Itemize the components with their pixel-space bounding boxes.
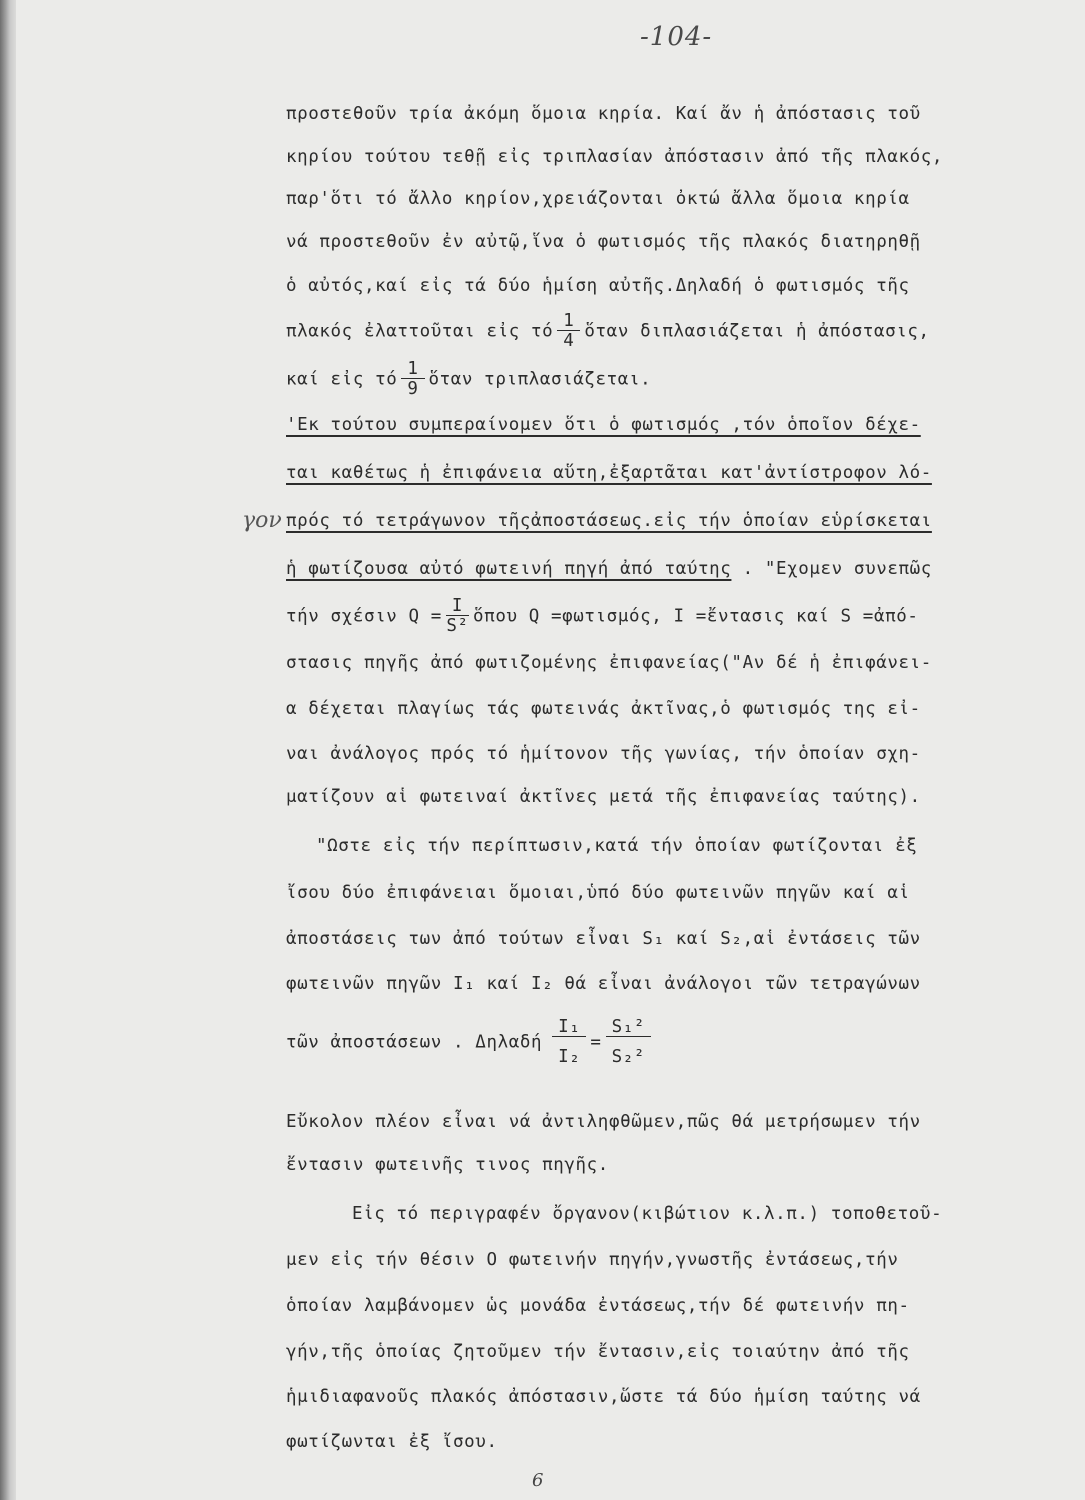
text-line-28: ἡμιδιαφανοῦς πλακός ἀπόστασιν,ὥστε τά δύ… [286,1387,921,1407]
text-line-18: ἴσου δύο ἐπιφάνειαι ὅμοιαι,ὑπό δύο φωτει… [286,883,910,903]
text-line-22: Εὔκολον πλέον εἶναι νά ἀντιληφθῶμεν,πῶς … [286,1112,921,1132]
equals-sign: = [590,1033,601,1053]
text-line-10: πρός τό τετράγωνον τῆςἀποστάσεως.εἰς τήν… [286,511,932,531]
line-12-post: ὅπου Q =φωτισμός, I =ἔντασις καί S =ἀπό- [473,607,918,627]
text-line-8: 'Εκ τούτου συμπεραίνομεν ὅτι ὁ φωτισμός … [286,415,921,435]
page-number: -104- [640,22,712,52]
text-line-29: φωτίζωνται ἐξ ἴσου. [286,1432,498,1452]
line-6-post: ὅταν διπλασιάζεται ἡ ἀπόστασις, [584,322,929,342]
line-21-pre: τῶν ἀποστάσεων . Δηλαδή [286,1033,542,1053]
footer-mark: 6 [532,1470,543,1491]
text-line-9: ται καθέτως ἡ ἐπιφάνεια αὕτη,ἐξαρτᾶται κ… [286,463,932,483]
text-line-17: "Ωστε εἰς τήν περίπτωσιν,κατά τήν ὁποίαν… [316,836,917,856]
formula-fraction-i-over-s2: IS² [446,597,469,636]
text-line-25: μεν εἰς τήν θέσιν O φωτεινήν πηγήν,γνωστ… [286,1250,898,1270]
text-line-12: τήν σχέσιν Q =IS²ὅπου Q =φωτισμός, I =ἔν… [286,597,918,636]
fraction-one-ninth: 19 [401,360,424,399]
text-line-3: παρ'ὅτι τό ἄλλο κηρίον,χρειάζονται ὀκτώ … [286,189,910,209]
line-7-pre: καί εἰς τό [286,370,397,390]
text-line-16: ματίζουν αἱ φωτειναί ἀκτῖνες μετά τῆς ἐπ… [286,787,921,807]
handwritten-margin-note: γον [242,508,282,533]
text-line-5: ὁ αὐτός,καί εἰς τά δύο ἡμίση αὐτῆς.Δηλαδ… [286,276,910,296]
text-line-1: προστεθοῦν τρία ἀκόμη ὅμοια κηρία. Καί ἄ… [286,104,921,124]
text-line-21: τῶν ἀποστάσεων . ΔηλαδήI₁I₂=S₁²S₂² [286,1018,655,1067]
text-line-11: ἡ φωτίζουσα αὐτό φωτεινή πηγή ἀπό ταύτης… [286,559,932,579]
text-line-20: φωτεινῶν πηγῶν I₁ καί I₂ θά εἶναι ἀνάλογ… [286,974,921,994]
text-line-15: ναι ἀνάλογος πρός τό ἡμίτονον τῆς γωνίας… [286,744,921,764]
text-line-2: κηρίου τούτου τεθῇ εἰς τριπλασίαν ἀπόστα… [286,147,943,167]
text-line-24: Εἰς τό περιγραφέν ὄργανον(κιβώτιον κ.λ.π… [352,1204,942,1224]
line-6-pre: πλακός ἐλαττοῦται εἰς τό [286,322,553,342]
line-11-rest: . "Εχομεν συνεπῶς [731,559,931,579]
line-7-post: ὅταν τριπλασιάζεται. [429,370,652,390]
text-line-6: πλακός ἐλαττοῦται εἰς τό14ὅταν διπλασιάζ… [286,312,930,351]
line-11-underlined: ἡ φωτίζουσα αὐτό φωτεινή πηγή ἀπό ταύτης [286,559,731,579]
text-line-26: ὁποίαν λαμβάνομεν ὡς μονάδα ἐντάσεως,τήν… [286,1296,910,1316]
text-line-19: ἀποστάσεις των ἀπό τούτων εἶναι S₁ καί S… [286,929,921,949]
text-line-7: καί εἰς τό19ὅταν τριπλασιάζεται. [286,360,651,399]
line-12-pre: τήν σχέσιν Q = [286,607,442,627]
binding-edge [0,0,16,1500]
text-line-23: ἔντασιν φωτεινῆς τινος πηγῆς. [286,1155,609,1175]
text-line-13: στασις πηγῆς ἀπό φωτιζομένης ἐπιφανείας(… [286,653,932,673]
text-line-14: α δέχεται πλαγίως τάς φωτεινάς ἀκτῖνας,ὁ… [286,699,921,719]
fraction-one-quarter: 14 [557,312,580,351]
text-line-4: νά προστεθοῦν ἐν αὐτῷ,ἵνα ὁ φωτισμός τῆς… [286,232,921,252]
text-line-27: γήν,τῆς ὁποίας ζητοῦμεν τήν ἔντασιν,εἰς … [286,1342,910,1362]
fraction-i1-over-i2: I₁I₂ [552,1018,586,1067]
fraction-s1sq-over-s2sq: S₁²S₂² [606,1018,651,1067]
